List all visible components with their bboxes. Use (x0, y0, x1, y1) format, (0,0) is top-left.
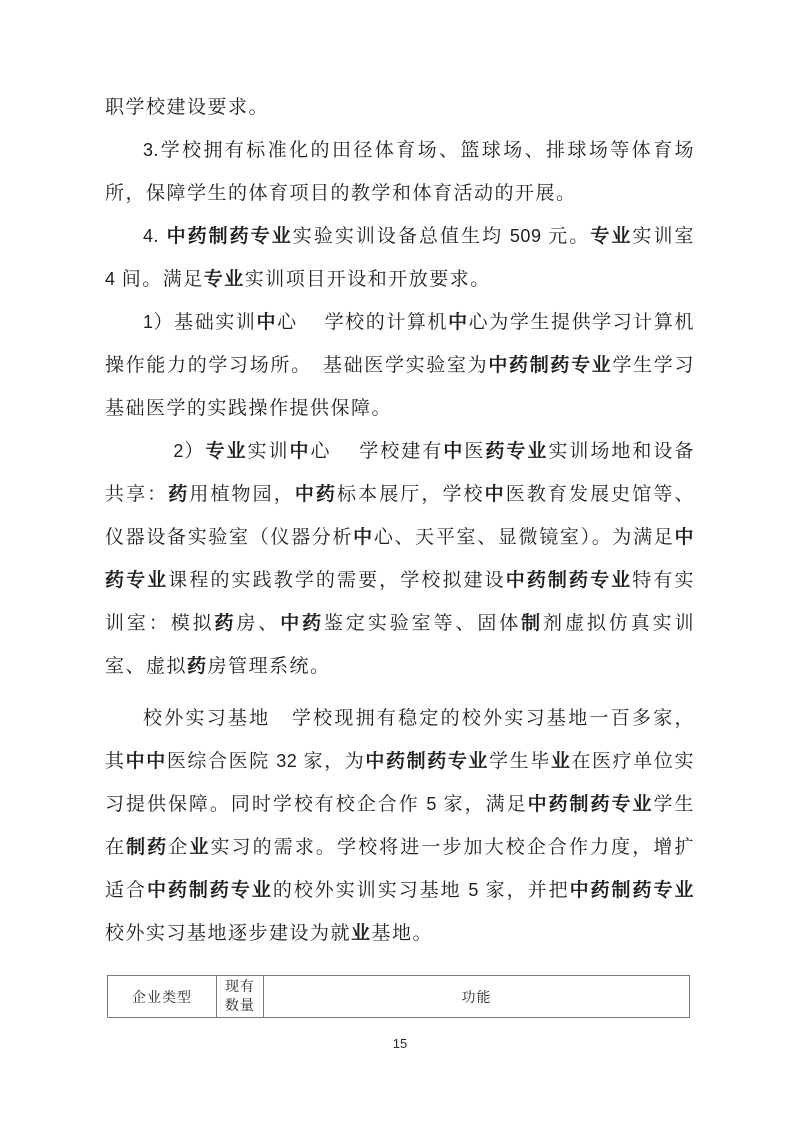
bold-text-run: 中 (485, 484, 506, 505)
text-run: 标本展厅，学校 (337, 484, 485, 505)
page-number: 15 (0, 1036, 800, 1051)
table-header-enterprise-type: 企业类型 (108, 976, 217, 1018)
text-run: 心 学校的计算机 (277, 312, 448, 333)
bold-text-run: 中药制药专业 (167, 226, 293, 247)
text-run: 实验实训设备总值生均 509 元。 (293, 226, 591, 247)
text-run: 实训 (247, 441, 289, 462)
bold-text-run: 中 (257, 312, 278, 333)
text-run: 2） (173, 441, 205, 462)
bold-text-run: 中药制药专业 (488, 355, 612, 376)
text-run: 学生毕 (489, 751, 551, 772)
bold-text-run: 药专业 (485, 441, 548, 462)
paragraph: 4. 中药制药专业实验实训设备总值生均 509 元。专业实训室 4 间。满足专业… (105, 215, 695, 301)
text-run: 职学校建设要求。 (105, 97, 269, 118)
text-run: 医 (464, 441, 485, 462)
text-run: 鉴定实验室等、固体 (324, 613, 521, 634)
table-header-row: 企业类型 现有 数量 功能 (108, 976, 690, 1018)
bold-text-run: 中药制药专业 (528, 794, 654, 815)
bold-text-run: 专业 (590, 226, 632, 247)
paragraph: 职学校建设要求。 (105, 86, 695, 129)
bold-text-run: 中药 (280, 613, 324, 634)
text-run: 1）基础实训 (143, 312, 257, 333)
paragraph: 3.学校拥有标准化的田径体育场、篮球场、排球场等体育场所，保障学生的体育项目的教… (105, 129, 695, 215)
text-run: 3.学校拥有标准化的田径体育场、篮球场、排球场等体育场所，保障学生的体育项目的教… (105, 140, 695, 204)
bold-text-run: 药 (168, 484, 189, 505)
text-run: 4. (143, 226, 167, 247)
bold-text-run: 专业 (205, 441, 247, 462)
text-run: 企 (168, 837, 189, 858)
bold-text-run: 中 (443, 441, 464, 462)
bold-text-run: 中 (353, 527, 374, 548)
text-run: 校外实习基地逐步建设为就 (105, 923, 351, 944)
bold-text-run: 中药制药专业 (147, 880, 273, 901)
text-run: 实训项目开设和开放要求。 (245, 269, 491, 290)
document-page: 职学校建设要求。3.学校拥有标准化的田径体育场、篮球场、排球场等体育场所，保障学… (0, 0, 800, 1131)
table-header-existing-count: 现有 数量 (217, 976, 264, 1018)
text-run: 的校外实训实习基地 5 家，并把 (273, 880, 570, 901)
bold-text-run: 药 (215, 613, 237, 634)
bold-text-run: 专业 (204, 269, 245, 290)
text-run: 房、 (236, 613, 280, 634)
table-header-existing-count-line2: 数量 (217, 997, 263, 1016)
bold-text-run: 中药制药专业 (570, 880, 695, 901)
bold-text-run: 制药 (126, 837, 168, 858)
bold-text-run: 业 (551, 751, 572, 772)
bold-text-run: 业 (351, 923, 372, 944)
table-header-existing-count-line1: 现有 (217, 978, 263, 997)
bold-text-run: 中 (290, 441, 311, 462)
text-run: 基地。 (372, 923, 434, 944)
bold-text-run: 业 (189, 837, 210, 858)
text-run: 课程的实践教学的需要，学校拟建设 (168, 570, 505, 591)
bold-text-run: 药 (187, 656, 208, 677)
text-run: 心 学校建有 (311, 441, 444, 462)
bold-text-run: 中药 (295, 484, 337, 505)
enterprise-table: 企业类型 现有 数量 功能 (107, 975, 690, 1018)
paragraph: 2）专业实训中心 学校建有中医药专业实训场地和设备共享：药用植物园，中药标本展厅… (105, 430, 695, 688)
text-run: 用植物园， (189, 484, 294, 505)
bold-text-run: 中药制药专业 (365, 751, 489, 772)
bold-text-run: 中 (448, 312, 469, 333)
bold-text-run: 制 (521, 613, 543, 634)
paragraph: 1）基础实训中心 学校的计算机中心为学生提供学习计算机操作能力的学习场所。 基础… (105, 301, 695, 430)
table-header-function: 功能 (264, 976, 690, 1018)
bold-text-run: 中中 (126, 751, 167, 772)
text-run: 房管理系统。 (208, 656, 331, 677)
text-run: 医综合医院 32 家，为 (167, 751, 366, 772)
bold-text-run: 中药制药专业 (506, 570, 633, 591)
document-body: 职学校建设要求。3.学校拥有标准化的田径体育场、篮球场、排球场等体育场所，保障学… (105, 86, 695, 955)
paragraph: 校外实习基地 学校现拥有稳定的校外实习基地一百多家，其中中医综合医院 32 家，… (105, 697, 695, 955)
text-run: 心、天平室、显微镜室）。为满足 (374, 527, 675, 548)
